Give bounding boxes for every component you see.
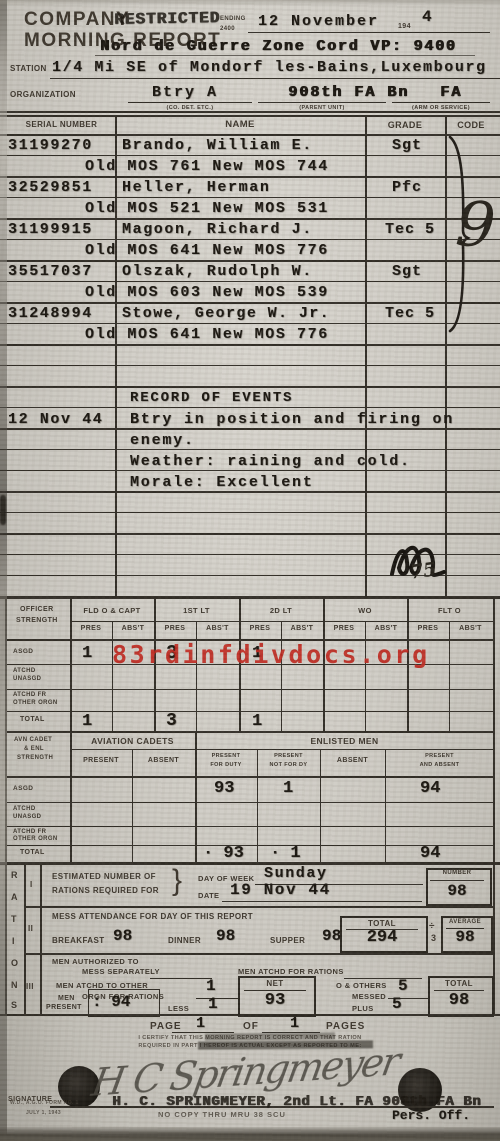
total-1lt-pres: 3 [166,711,177,731]
events-line: Weather: raining and cold. [130,453,411,470]
officer-corner-label: STRENGTH [16,617,58,624]
pres-header: PRES [407,625,449,632]
others-messed-value: 5 [398,977,408,995]
rations-side-letter: T [11,914,17,924]
events-line: Morale: Excellent [130,474,314,491]
scan-edge-bottom [0,1127,500,1141]
rations-total-label: TOTAL [430,979,488,988]
mos-note: Old MOS 641 New MOS 776 [85,242,329,259]
men-atchd-for-rations-label: MEN ATCHD FOR RATIONS [238,967,344,976]
others-messed-label: O & OTHERS [336,981,387,990]
of-label: OF [243,1021,259,1032]
average-value: 98 [442,928,488,946]
row-label-atchd-unasgd: ATCHD [13,806,36,812]
mess-total-label: TOTAL [342,919,422,928]
total-2lt-pres: 1 [252,712,262,731]
enlisted-corner-label: & ENL [24,746,44,752]
enlisted-corner-label: AVN CADET [14,737,52,743]
rations-side-letter: A [11,892,18,902]
row-label-total: TOTAL [20,716,45,723]
net-label: NET [240,979,310,988]
col-present-for-duty: FOR DUTY [195,762,257,768]
rule [0,512,500,513]
abst-header: ABS'T [365,625,407,632]
page-label: PAGE [150,1021,182,1032]
row-label-atchd-fr: OTHER ORGN [13,700,58,706]
officer-group-header: 2D LT [239,606,323,615]
abst-header: ABS'T [196,625,239,632]
handwritten-margin-note: 75 [409,558,438,583]
rule [449,621,450,731]
asgd-present-and-absent: 94 [420,779,440,798]
soldier-name: Olszak, Rudolph W. [122,263,313,280]
rule [0,239,500,240]
enlisted-men-header: ENLISTED MEN [195,736,494,746]
rule [430,880,484,881]
rations-side-letter: O [11,958,18,968]
rule [222,901,422,902]
rule [0,218,500,220]
rule [248,32,490,33]
less-label: LESS [168,1004,189,1013]
rule [0,344,500,346]
rule [196,621,197,731]
rule [0,155,500,156]
grade: Sgt [392,263,422,280]
divide-by-three: 3 [431,933,436,943]
total-fldo-pres: 1 [82,712,92,731]
rule [0,449,500,450]
rule [70,621,494,622]
mess-total-value: 294 [342,928,422,947]
rule [5,776,495,778]
copy-stamp: NO COPY THRU MRU 38 SCU [158,1110,286,1119]
rule [0,428,500,430]
rule [281,621,282,731]
mos-note: Old MOS 761 New MOS 744 [85,158,329,175]
grade: Pfc [392,179,422,196]
serial-number: 31199915 [8,221,93,238]
col-present-not-for-duty: PRESENT [257,753,320,759]
scan-edge-top [0,0,500,6]
col-absent: ABSENT [132,757,195,764]
rations-side-letter: N [11,980,18,990]
form-date: JULY 1, 1943 [26,1110,61,1116]
dinner-label: DINNER [168,936,201,945]
rations-side-letter: R [11,870,18,880]
col-present-and-absent: PRESENT [385,753,494,759]
officer-group-header: 1ST LT [154,606,239,615]
col-enlisted-absent: ABSENT [320,757,385,764]
rule [70,733,72,862]
total-present-not-for-duty: · 1 [270,844,301,863]
asgd-present-for-duty: 93 [214,779,234,798]
col-present: PRESENT [70,757,132,764]
rule [0,407,500,408]
report-date: 12 November [258,13,379,30]
page-number: 1 [196,1015,205,1032]
pres-header: PRES [239,625,281,632]
scan-edge-left [0,0,7,1141]
total-present-for-duty: · 93 [203,844,244,863]
events-line: Btry in position and firing on [130,411,454,428]
rule [493,599,495,1014]
rule [24,953,494,955]
men-authorized-label: MEN AUTHORIZED TO [52,957,139,966]
form-number: W.D., A.G.O. FORM NO. 1 [10,1100,79,1106]
typed-officer-title: Pers. Off. [392,1108,470,1123]
rule [5,802,495,803]
abst-header: ABS'T [281,625,323,632]
row-label-atchd-unasgd: ATCHD [13,668,36,674]
section-numeral-2: II [28,924,33,933]
plus-value: 5 [392,995,402,1013]
rule [365,116,367,597]
rule [0,260,500,262]
asgd-present-not-for-duty: 1 [283,779,293,798]
org-arm-value: FA [440,84,462,101]
dinner-value: 98 [216,927,235,945]
less-value: 1 [208,995,218,1013]
officer-group-header: FLT O [407,606,492,615]
organization-label: ORGANIZATION [10,90,76,99]
serial-number: 31248994 [8,305,93,322]
rule [24,906,494,908]
row-label-atchd-fr: ATCHD FR [13,829,46,835]
column-header-name: NAME [115,119,365,130]
rule [150,978,212,979]
events-date: 12 Nov 44 [8,411,103,428]
rule [70,599,72,731]
rule [0,323,500,324]
rule [5,689,495,690]
row-label-atchd-fr: ATCHD FR [13,692,46,698]
rule [0,386,500,388]
rule [95,55,475,56]
mos-note: Old MOS 603 New MOS 539 [85,284,329,301]
atchd-other-value: 1 [206,977,216,995]
mos-note: Old MOS 641 New MOS 776 [85,326,329,343]
rule [365,621,366,731]
officer-group-header: FLD O & CAPT [70,606,154,615]
aviation-cadets-header: AVIATION CADETS [70,736,195,746]
estimated-rations-label: ESTIMATED NUMBER OF [52,872,156,881]
column-header-grade: GRADE [365,120,445,130]
restricted-stamp: RESTRICTED [114,9,220,29]
rule [115,116,117,597]
breakfast-label: BREAKFAST [52,936,105,945]
pages-label: PAGES [326,1021,365,1032]
ending-label: ENDING [220,16,246,22]
plus-label: PLUS [352,1004,374,1013]
ending-time-label: 2400 [220,26,235,32]
abst-header: ABS'T [112,625,154,632]
rule [132,749,133,862]
soldier-name: Brando, William E. [122,137,313,154]
rule [70,749,494,750]
serial-number: 31199270 [8,137,93,154]
rule [0,197,500,198]
officer-group-header: WO [323,606,407,615]
soldier-name: Magoon, Richard J. [122,221,313,238]
events-line: enemy. [130,432,195,449]
supper-value: 98 [322,927,341,945]
section-numeral-3: III [26,982,34,991]
rule [50,78,500,79]
row-label-asgd: ASGD [13,785,33,792]
grade: Tec 5 [385,305,435,322]
rule [0,470,500,471]
rule [5,731,495,733]
coordinates-line: Nord de Guerre Zone Cord VP: 9400 [100,38,456,55]
watermark: 83rdinfdivdocs.org [112,640,430,669]
column-header-code: CODE [445,120,497,130]
rule [40,865,42,1014]
row-label-atchd-unasgd: UNASGD [13,814,41,820]
rations-date-value: 19 Nov 44 [230,881,331,899]
rule [0,365,500,366]
men-present-label: MEN [58,995,75,1002]
serial-number: 32529851 [8,179,93,196]
divide-sign: ÷ [429,921,435,932]
men-present-label: PRESENT [46,1004,82,1011]
brace-glyph: } [172,864,182,898]
grade: Sgt [392,137,422,154]
pages-count: 1 [290,1015,299,1032]
soldier-name: Stowe, George W. Jr. [122,305,330,322]
serial-number: 35517037 [8,263,93,280]
rule [320,749,321,862]
estimated-rations-label: RATIONS REQUIRED FOR [52,886,159,895]
asgd-fldo-pres: 1 [82,644,92,663]
rations-side-letter: S [11,1000,17,1010]
station-label: STATION [10,64,47,73]
men-present-value: : 94 [92,993,130,1011]
rule [24,865,26,1014]
org-parent-value: 908th FA Bn [288,84,409,101]
morning-report-scan: COMPANY MORNING REPORT RESTRICTED ENDING… [0,0,500,1141]
org-unit-value: Btry A [152,84,218,101]
row-label-atchd-unasgd: UNASGD [13,676,41,682]
rule [5,711,495,712]
year-printed: 194 [398,23,411,30]
rule [112,621,113,731]
rations-total-value: 98 [430,991,488,1010]
mess-separately-label: MESS SEPARATELY [82,967,160,976]
section-numeral-1: I [30,880,33,889]
rule [0,115,500,117]
rule [5,826,495,827]
number-label: NUMBER [428,870,486,876]
officer-corner-label: OFFICER [20,606,54,613]
ink-overstamp [205,1032,335,1040]
rule [0,176,500,178]
events-title: RECORD OF EVENTS [130,390,293,406]
rule [0,134,500,136]
rule [344,978,422,979]
soldier-name: Heller, Herman [122,179,270,196]
others-messed-label: MESSED [352,992,386,1001]
day-of-week-value: Sunday [264,865,328,882]
mos-note: Old MOS 521 New MOS 531 [85,200,329,217]
rule [0,596,500,599]
rule [392,102,490,103]
row-label-asgd: ASGD [13,648,33,655]
rule [0,533,500,535]
abst-header: ABS'T [449,625,492,632]
handwritten-code-note: 9 [454,187,498,263]
rule [0,302,500,304]
rule [128,102,252,103]
pres-header: PRES [70,625,112,632]
average-label: AVERAGE [442,919,488,925]
col-present-not-for-duty: NOT FOR DY [257,762,320,768]
pres-header: PRES [154,625,196,632]
mess-attendance-label: MESS ATTENDANCE FOR DAY OF THIS REPORT [52,912,253,921]
supper-label: SUPPER [270,936,305,945]
col-present-and-absent: AND ABSENT [385,762,494,768]
rule [0,281,500,282]
rule [258,102,386,103]
row-label-total: TOTAL [20,849,45,856]
year-typed: 4 [422,8,432,26]
enlisted-corner-label: STRENGTH [17,755,53,761]
station-value: 1/4 Mi SE of Mondorf les-Bains,Luxembour… [52,59,487,76]
breakfast-value: 98 [113,927,132,945]
number-value: 98 [428,882,486,900]
net-value: 93 [240,991,310,1010]
col-present-for-duty: PRESENT [195,753,257,759]
total-present-and-absent: 94 [420,844,440,863]
row-label-atchd-fr: OTHER ORGN [13,836,58,842]
rule [0,491,500,493]
date-label: DATE [198,891,219,900]
pres-header: PRES [323,625,365,632]
rations-side-letter: I [12,936,15,946]
column-header-serial: SERIAL NUMBER [8,120,115,129]
grade: Tec 5 [385,221,435,238]
rule [0,111,500,113]
